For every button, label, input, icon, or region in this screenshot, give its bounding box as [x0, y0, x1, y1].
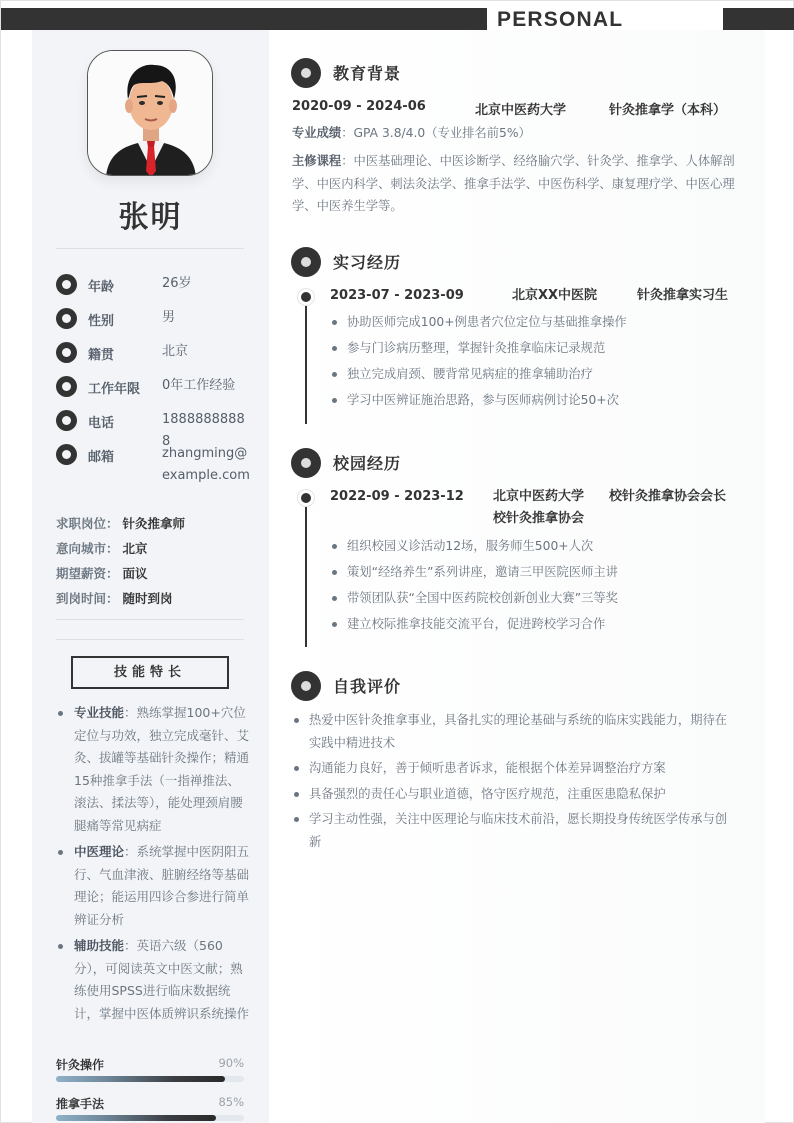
phone-icon — [56, 410, 77, 431]
avatar-portrait-icon — [88, 51, 213, 176]
skill-bar-label: 针灸操作 — [56, 1056, 244, 1073]
job-label: 意向城市： — [56, 541, 119, 556]
education-courses: 主修课程：中医基础理论、中医诊断学、经络腧穴学、针灸学、推拿学、人体解剖学、中医… — [292, 150, 742, 218]
bullet-item: 建立校际推拿技能交流平台，促进跨校学习合作 — [330, 611, 750, 637]
info-row-hometown: 籍贯 北京 — [56, 341, 256, 365]
campus-org: 北京中医药大学 — [493, 486, 584, 509]
avatar — [87, 50, 213, 176]
section-title: 实习经历 — [333, 250, 401, 273]
skill-bar-fill — [56, 1115, 216, 1121]
job-value: 北京 — [123, 541, 148, 556]
campus-header: 2022-09 - 2023-12 北京中医药大学 校针灸推拿协会 校针灸推拿协… — [330, 486, 750, 532]
internship-timeline — [305, 298, 307, 424]
info-value: 0年工作经验 — [162, 375, 252, 397]
skill-text: ：熟练掌握100+穴位定位与功效，独立完成毫针、艾灸、拔罐等基础针灸操作；精通1… — [74, 705, 249, 833]
bullet-item: 组织校园义诊活动12场，服务师生500+人次 — [330, 533, 750, 559]
job-intent-city: 意向城市：北京 — [56, 539, 148, 559]
internship-icon — [291, 247, 321, 277]
job-label: 期望薪资： — [56, 566, 119, 581]
education-period: 2020-09 - 2024-06 — [292, 99, 426, 114]
gpa-label: 专业成绩 — [292, 126, 341, 140]
job-value: 面议 — [123, 566, 148, 581]
gender-icon — [56, 308, 77, 329]
job-label: 到岗时间： — [56, 591, 119, 606]
bullet-item: 热爱中医针灸推拿事业，具备扎实的理论基础与系统的临床实践能力，期待在实践中精进技… — [292, 709, 732, 754]
campus-icon — [291, 448, 321, 478]
self-eval-bullets: 热爱中医针灸推拿事业，具备扎实的理论基础与系统的临床实践能力，期待在实践中精进技… — [292, 709, 732, 856]
skill-label: 中医理论 — [74, 844, 124, 859]
work-years-icon — [56, 376, 77, 397]
education-row: 2020-09 - 2024-06 北京中医药大学 针灸推拿学（本科） — [292, 99, 742, 119]
skill-label: 专业技能 — [74, 705, 124, 720]
internship-role: 针灸推拿实习生 — [637, 285, 728, 308]
info-label: 工作年限 — [88, 378, 140, 397]
header-bar-left — [1, 8, 487, 30]
skills-list: 专业技能：熟练掌握100+穴位定位与功效，独立完成毫针、艾灸、拔罐等基础针灸操作… — [56, 702, 252, 1029]
education-school: 北京中医药大学 — [475, 99, 566, 118]
header-bar-right — [723, 8, 794, 30]
resume-page: PERSONAL RESUME — [0, 0, 794, 1123]
bullet-item: 参与门诊病历整理，掌握针灸推拿临床记录规范 — [330, 335, 750, 361]
bullet-item: 学习中医辨证施治思路，参与医师病例讨论50+次 — [330, 387, 750, 413]
info-row-gender: 性别 男 — [56, 307, 256, 331]
skill-bar-percent: 85% — [218, 1095, 244, 1109]
info-label: 籍贯 — [88, 344, 114, 363]
divider — [56, 619, 244, 620]
education-gpa: 专业成绩：GPA 3.8/4.0（专业排名前5%） — [292, 122, 742, 145]
email-value[interactable]: zhangming@example.com — [162, 443, 252, 487]
main-content: 教育背景 2020-09 - 2024-06 北京中医药大学 针灸推拿学（本科）… — [269, 30, 765, 1123]
hometown-icon — [56, 342, 77, 363]
bullet-item: 沟通能力良好，善于倾听患者诉求，能根据个体差异调整治疗方案 — [292, 757, 732, 780]
campus-period: 2022-09 - 2023-12 — [330, 486, 464, 509]
email-icon — [56, 444, 77, 465]
campus-org-sub: 校针灸推拿协会 — [493, 508, 584, 531]
divider — [56, 248, 244, 249]
divider — [56, 639, 244, 640]
age-icon — [56, 274, 77, 295]
info-value: 北京 — [162, 341, 252, 363]
timeline-dot — [298, 490, 314, 506]
section-title: 自我评价 — [333, 674, 401, 697]
skills-title: 技能特长 — [71, 656, 229, 689]
education-icon — [291, 58, 321, 88]
job-intent-start: 到岗时间：随时到岗 — [56, 589, 173, 609]
skill-item: 中医理论：系统掌握中医阴阳五行、气血津液、脏腑经络等基础理论；能运用四诊合参进行… — [56, 841, 252, 931]
bullet-item: 协助医师完成100+例患者穴位定位与基础推拿操作 — [330, 309, 750, 335]
self-eval-icon — [291, 671, 321, 701]
skill-bar-percent: 90% — [218, 1056, 244, 1070]
job-intent-salary: 期望薪资：面议 — [56, 564, 148, 584]
info-label: 年龄 — [88, 276, 114, 295]
skill-bar-label: 推拿手法 — [56, 1095, 244, 1112]
courses-text: ：中医基础理论、中医诊断学、经络腧穴学、针灸学、推拿学、人体解剖学、中医内科学、… — [292, 154, 735, 213]
job-value: 随时到岗 — [123, 591, 173, 606]
skill-item: 专业技能：熟练掌握100+穴位定位与功效，独立完成毫针、艾灸、拔罐等基础针灸操作… — [56, 702, 252, 837]
campus-role: 校针灸推拿协会会长 — [609, 486, 726, 509]
info-label: 电话 — [88, 412, 114, 431]
education-major: 针灸推拿学（本科） — [609, 99, 726, 118]
bullet-item: 策划“经络养生”系列讲座，邀请三甲医院医师主讲 — [330, 559, 750, 585]
info-row-age: 年龄 26岁 — [56, 273, 256, 297]
bullet-item: 学习主动性强，关注中医理论与临床技术前沿，愿长期投身传统医学传承与创新 — [292, 808, 732, 853]
section-title: 校园经历 — [333, 451, 401, 474]
internship-org: 北京XX中医院 — [512, 285, 597, 308]
job-value: 针灸推拿师 — [123, 516, 186, 531]
info-value: 男 — [162, 307, 252, 329]
courses-label: 主修课程 — [292, 154, 341, 168]
sidebar: 张明 年龄 26岁 性别 男 籍贯 北京 工作年限 0年工作经验 电话 1888… — [32, 30, 269, 1123]
bullet-item: 具备强烈的责任心与职业道德，恪守医疗规范，注重医患隐私保护 — [292, 783, 732, 806]
internship-period: 2023-07 - 2023-09 — [330, 285, 464, 308]
internship-bullets: 协助医师完成100+例患者穴位定位与基础推拿操作 参与门诊病历整理，掌握针灸推拿… — [330, 309, 750, 413]
skill-bar-fill — [56, 1076, 225, 1082]
campus-bullets: 组织校园义诊活动12场，服务师生500+人次 策划“经络养生”系列讲座，邀请三甲… — [330, 533, 750, 637]
skill-label: 辅助技能 — [74, 938, 124, 953]
skill-bar-track — [56, 1076, 244, 1082]
candidate-name: 张明 — [32, 192, 269, 236]
campus-timeline — [305, 499, 307, 647]
job-label: 求职岗位： — [56, 516, 119, 531]
info-row-phone: 电话 18888888888 — [56, 409, 256, 433]
section-title: 教育背景 — [333, 61, 401, 84]
skill-bar-acupuncture: 针灸操作 90% — [56, 1056, 244, 1073]
skill-bar-track — [56, 1115, 244, 1121]
bullet-item: 带领团队获“全国中医药院校创新创业大赛”三等奖 — [330, 585, 750, 611]
info-row-email: 邮箱 zhangming@example.com — [56, 443, 256, 489]
info-value: 26岁 — [162, 273, 252, 295]
skill-item: 辅助技能：英语六级（560分），可阅读英文中医文献；熟练使用SPSS进行临床数据… — [56, 935, 252, 1025]
timeline-dot — [298, 289, 314, 305]
skill-bar-massage: 推拿手法 85% — [56, 1095, 244, 1112]
info-label: 邮箱 — [88, 446, 114, 465]
job-intent-position: 求职岗位：针灸推拿师 — [56, 514, 185, 534]
info-row-work-years: 工作年限 0年工作经验 — [56, 375, 256, 399]
gpa-text: ：GPA 3.8/4.0（专业排名前5%） — [341, 126, 531, 140]
bullet-item: 独立完成肩颈、腰背常见病症的推拿辅助治疗 — [330, 361, 750, 387]
info-label: 性别 — [88, 310, 114, 329]
